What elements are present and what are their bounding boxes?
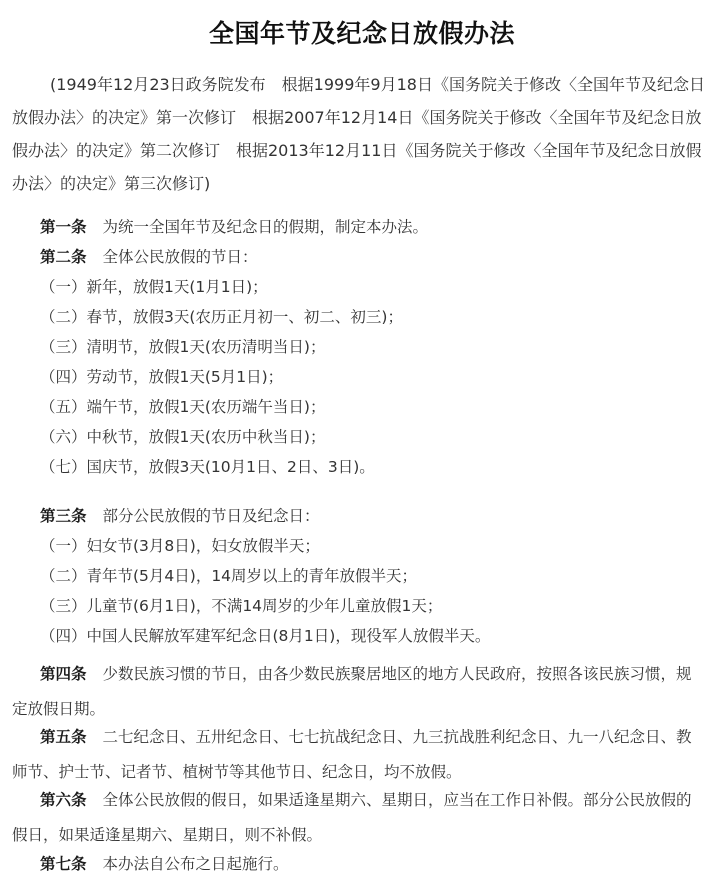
article-label: 第三条 — [40, 507, 87, 525]
article-1: 第一条为统一全国年节及纪念日的假期，制定本办法。 — [0, 213, 724, 242]
revision-history-preamble: (1949年12月23日政务院发布 根据1999年9月18日《国务院关于修改〈全… — [12, 68, 712, 200]
article-text: 全体公民放假的节日： — [103, 248, 258, 266]
article-label: 第一条 — [40, 218, 87, 236]
article-text: 本办法自公布之日起施行。 — [103, 855, 289, 873]
article-label: 第四条 — [40, 665, 87, 683]
article-2: 第二条全体公民放假的节日： — [0, 243, 724, 272]
list-item: （三）儿童节(6月1日)，不满14周岁的少年儿童放假1天； — [0, 592, 724, 621]
article-3: 第三条部分公民放假的节日及纪念日： — [0, 502, 724, 531]
document-title: 全国年节及纪念日放假办法 — [0, 16, 724, 52]
list-item: （六）中秋节，放假1天(农历中秋当日)； — [0, 423, 724, 452]
list-item: （四）中国人民解放军建军纪念日(8月1日)，现役军人放假半天。 — [0, 622, 724, 651]
list-item: （五）端午节，放假1天(农历端午当日)； — [0, 393, 724, 422]
list-item: （三）清明节，放假1天(农历清明当日)； — [0, 333, 724, 362]
list-item: （七）国庆节，放假3天(10月1日、2日、3日)。 — [0, 453, 724, 482]
list-item: （一）新年，放假1天(1月1日)； — [0, 273, 724, 302]
article-text: 少数民族习惯的节日，由各少数民族聚居地区的地方人民政府，按照各该民族习惯，规定放… — [12, 665, 692, 718]
list-item: （二）青年节(5月4日)，14周岁以上的青年放假半天； — [0, 562, 724, 591]
article-6: 第六条全体公民放假的假日，如果适逢星期六、星期日，应当在工作日补假。部分公民放假… — [12, 783, 702, 853]
article-4: 第四条少数民族习惯的节日，由各少数民族聚居地区的地方人民政府，按照各该民族习惯，… — [12, 657, 702, 727]
article-label: 第二条 — [40, 248, 87, 266]
article-5: 第五条二七纪念日、五卅纪念日、七七抗战纪念日、九三抗战胜利纪念日、九一八纪念日、… — [12, 720, 702, 790]
article-text: 部分公民放假的节日及纪念日： — [103, 507, 320, 525]
article-text: 为统一全国年节及纪念日的假期，制定本办法。 — [103, 218, 429, 236]
article-label: 第五条 — [40, 728, 87, 746]
article-text: 全体公民放假的假日，如果适逢星期六、星期日，应当在工作日补假。部分公民放假的假日… — [12, 791, 692, 844]
article-7: 第七条本办法自公布之日起施行。 — [0, 850, 724, 879]
document-page: 全国年节及纪念日放假办法 (1949年12月23日政务院发布 根据1999年9月… — [0, 0, 724, 880]
list-item: （二）春节，放假3天(农历正月初一、初二、初三)； — [0, 303, 724, 332]
list-item: （一）妇女节(3月8日)，妇女放假半天； — [0, 532, 724, 561]
article-label: 第七条 — [40, 855, 87, 873]
article-text: 二七纪念日、五卅纪念日、七七抗战纪念日、九三抗战胜利纪念日、九一八纪念日、教师节… — [12, 728, 692, 781]
article-label: 第六条 — [40, 791, 87, 809]
list-item: （四）劳动节，放假1天(5月1日)； — [0, 363, 724, 392]
